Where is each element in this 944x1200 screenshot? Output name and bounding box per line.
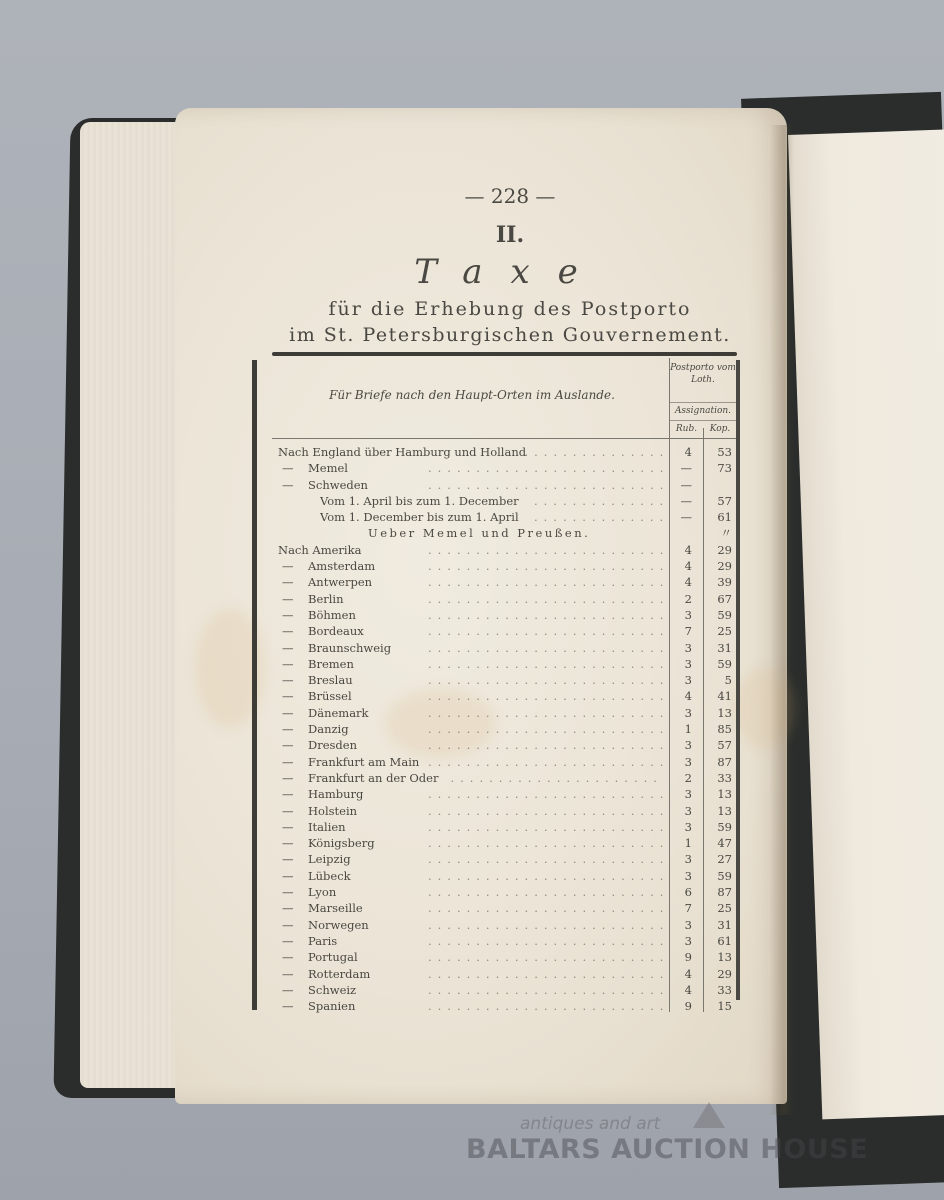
table-row: —Spanien915.............................… xyxy=(278,998,738,1014)
table-row: —Dänemark313............................… xyxy=(278,705,738,721)
row-destination: Breslau xyxy=(308,672,353,688)
dot-leader: ........................................ xyxy=(428,737,663,753)
dot-leader: ........................................ xyxy=(428,591,663,607)
row-rub-value: — xyxy=(670,493,692,509)
dot-leader: ........................................ xyxy=(428,917,663,933)
row-rub-value: 3 xyxy=(670,656,692,672)
row-rub-value: 3 xyxy=(670,754,692,770)
row-kop-value: 29 xyxy=(704,542,732,558)
row-prefix: — xyxy=(282,607,294,623)
row-kop-value: 31 xyxy=(704,917,732,933)
column-header-destination: Für Briefe nach den Haupt-Orten im Ausla… xyxy=(282,388,662,402)
table-row: —Schweden—..............................… xyxy=(278,477,738,493)
table-row: —Bordeaux725............................… xyxy=(278,623,738,639)
dot-leader: ........................................ xyxy=(428,623,663,639)
row-prefix: — xyxy=(282,688,294,704)
dot-leader: ........................................ xyxy=(428,933,663,949)
row-destination: Frankfurt am Main xyxy=(308,754,419,770)
row-prefix: — xyxy=(282,672,294,688)
dot-leader: ........................................ xyxy=(428,477,663,493)
column-header-rub: Rub. xyxy=(670,424,703,434)
row-rub-value: 4 xyxy=(670,982,692,998)
row-prefix: — xyxy=(282,786,294,802)
section-number: II. xyxy=(0,222,944,248)
row-kop-value: 27 xyxy=(704,851,732,867)
dot-leader: ........................................ xyxy=(525,444,664,460)
table-row: —Schweiz433.............................… xyxy=(278,982,738,998)
watermark-tagline: antiques and art xyxy=(520,1114,660,1134)
row-destination: Brüssel xyxy=(308,688,352,704)
header-subdivider xyxy=(670,420,736,421)
row-rub-value: 3 xyxy=(670,851,692,867)
row-prefix: — xyxy=(282,623,294,639)
row-destination: Vom 1. December bis zum 1. April xyxy=(320,509,519,525)
column-header-postporto: Postporto vom Loth. xyxy=(670,362,736,386)
row-kop-value: 59 xyxy=(704,607,732,623)
row-kop-value: 61 xyxy=(704,509,732,525)
row-kop-value: 25 xyxy=(704,900,732,916)
row-rub-value: 3 xyxy=(670,819,692,835)
row-prefix: — xyxy=(282,851,294,867)
row-kop-value: 67 xyxy=(704,591,732,607)
table-row: —Holstein313............................… xyxy=(278,803,738,819)
row-destination: Nach Amerika xyxy=(278,542,361,558)
header-divider xyxy=(272,438,736,439)
row-destination: Dresden xyxy=(308,737,357,753)
row-kop-value: 73 xyxy=(704,460,732,476)
watermark-brand: BALTARS AUCTION HOUSE xyxy=(466,1134,868,1165)
dot-leader: ........................................ xyxy=(428,640,663,656)
row-destination: Amsterdam xyxy=(308,558,375,574)
row-rub-value: 3 xyxy=(670,640,692,656)
table-row: —Memel—73...............................… xyxy=(278,460,738,476)
table-row: —Leipzig327.............................… xyxy=(278,851,738,867)
table-body: Nach England über Hamburg und Holland453… xyxy=(278,444,738,1014)
row-rub-value: 3 xyxy=(670,917,692,933)
row-prefix: — xyxy=(282,819,294,835)
row-destination: Bremen xyxy=(308,656,354,672)
table-row: —Antwerpen439...........................… xyxy=(278,574,738,590)
table-row: —Breslau35..............................… xyxy=(278,672,738,688)
table-row: —Frankfurt am Main387...................… xyxy=(278,754,738,770)
row-rub-value: — xyxy=(670,460,692,476)
row-kop-value: 39 xyxy=(704,574,732,590)
table-row: —Brüssel441.............................… xyxy=(278,688,738,704)
page-number: — 228 — xyxy=(0,184,944,208)
row-prefix: — xyxy=(282,998,294,1014)
row-prefix: — xyxy=(282,640,294,656)
row-rub-value: 4 xyxy=(670,574,692,590)
row-destination: Rotterdam xyxy=(308,966,370,982)
row-kop-value: 41 xyxy=(704,688,732,704)
row-rub-value: 3 xyxy=(670,803,692,819)
dot-leader: ........................................ xyxy=(428,868,663,884)
row-kop-value: 5 xyxy=(704,672,732,688)
row-rub-value: 2 xyxy=(670,591,692,607)
row-kop-value: 59 xyxy=(704,819,732,835)
row-rub-value: 3 xyxy=(670,737,692,753)
table-row: —Marseille725...........................… xyxy=(278,900,738,916)
dot-leader: ........................................ xyxy=(428,754,663,770)
dot-leader: ........................................ xyxy=(428,998,663,1014)
table-top-rule xyxy=(272,352,737,356)
dot-leader: ........................................ xyxy=(428,574,663,590)
row-destination: Vom 1. April bis zum 1. December xyxy=(320,493,519,509)
row-rub-value: 1 xyxy=(670,721,692,737)
table-row: Ueber Memel und Preußen.〃 xyxy=(278,525,738,541)
table-left-rule xyxy=(252,360,257,1010)
row-rub-value: 4 xyxy=(670,558,692,574)
row-kop-value: 87 xyxy=(704,884,732,900)
row-prefix: — xyxy=(282,574,294,590)
table-row: —Dresden357.............................… xyxy=(278,737,738,753)
dot-leader: ........................................ xyxy=(428,786,663,802)
page-title: Taxe xyxy=(0,252,944,292)
row-kop-value: 61 xyxy=(704,933,732,949)
row-kop-value: 13 xyxy=(704,786,732,802)
row-kop-value: 29 xyxy=(704,558,732,574)
table-row: —Italien359.............................… xyxy=(278,819,738,835)
row-destination: Memel xyxy=(308,460,348,476)
row-rub-value: 3 xyxy=(670,607,692,623)
row-prefix: — xyxy=(282,754,294,770)
row-kop-value: 33 xyxy=(704,982,732,998)
row-rub-value: 3 xyxy=(670,672,692,688)
row-prefix: — xyxy=(282,966,294,982)
dot-leader: ........................................ xyxy=(428,900,663,916)
row-rub-value: — xyxy=(670,477,692,493)
dot-leader: ........................................ xyxy=(428,851,663,867)
row-kop-value: 29 xyxy=(704,966,732,982)
row-destination: Leipzig xyxy=(308,851,351,867)
row-destination: Ueber Memel und Preußen. xyxy=(368,525,590,541)
dot-leader: ........................................ xyxy=(428,688,663,704)
row-rub-value: 9 xyxy=(670,949,692,965)
row-destination: Dänemark xyxy=(308,705,369,721)
row-prefix: — xyxy=(282,900,294,916)
row-rub-value: 1 xyxy=(670,835,692,851)
row-rub-value: 3 xyxy=(670,705,692,721)
dot-leader: ........................................ xyxy=(428,607,663,623)
row-destination: Antwerpen xyxy=(308,574,372,590)
dot-leader: ........................................ xyxy=(428,656,663,672)
dot-leader: ........................................ xyxy=(428,949,663,965)
row-destination: Lyon xyxy=(308,884,336,900)
row-prefix: — xyxy=(282,982,294,998)
row-destination: Holstein xyxy=(308,803,357,819)
row-prefix: — xyxy=(282,460,294,476)
row-prefix: — xyxy=(282,770,294,786)
dot-leader: ........................................ xyxy=(428,705,663,721)
row-rub-value: — xyxy=(670,509,692,525)
dot-leader: ........................................ xyxy=(428,672,663,688)
row-kop-value: 13 xyxy=(704,705,732,721)
row-kop-value: 15 xyxy=(704,998,732,1014)
row-destination: Nach England über Hamburg und Holland xyxy=(278,444,526,460)
row-kop-value: 47 xyxy=(704,835,732,851)
row-rub-value: 4 xyxy=(670,542,692,558)
row-rub-value: 3 xyxy=(670,868,692,884)
dot-leader: ........................................ xyxy=(428,966,663,982)
row-prefix: — xyxy=(282,868,294,884)
row-destination: Königsberg xyxy=(308,835,375,851)
crown-logo-icon xyxy=(693,1102,725,1128)
row-destination: Frankfurt an der Oder xyxy=(308,770,438,786)
table-row: —Norwegen331............................… xyxy=(278,917,738,933)
row-destination: Portugal xyxy=(308,949,358,965)
row-destination: Norwegen xyxy=(308,917,369,933)
column-header-assignation: Assignation. xyxy=(670,406,736,416)
row-kop-value: 59 xyxy=(704,868,732,884)
dot-leader: ........................................ xyxy=(428,460,663,476)
table-row: —Böhmen359..............................… xyxy=(278,607,738,623)
row-kop-value: 57 xyxy=(704,737,732,753)
dot-leader: ........................................ xyxy=(428,835,663,851)
row-kop-value: 13 xyxy=(704,803,732,819)
row-prefix: — xyxy=(282,933,294,949)
row-rub-value: 7 xyxy=(670,900,692,916)
table-row: —Frankfurt an der Oder233...............… xyxy=(278,770,738,786)
dot-leader: ........................................ xyxy=(451,770,664,786)
row-rub-value: 9 xyxy=(670,998,692,1014)
row-destination: Berlin xyxy=(308,591,344,607)
row-rub-value: 4 xyxy=(670,688,692,704)
row-prefix: — xyxy=(282,477,294,493)
row-kop-value: 85 xyxy=(704,721,732,737)
row-kop-value: 25 xyxy=(704,623,732,639)
table-row: Vom 1. April bis zum 1. December—57.....… xyxy=(278,493,738,509)
table-row: —Danzig185..............................… xyxy=(278,721,738,737)
row-destination: Danzig xyxy=(308,721,349,737)
printed-content: — 228 — II. Taxe für die Erhebung des Po… xyxy=(0,0,944,1200)
row-prefix: — xyxy=(282,884,294,900)
row-kop-value: 〃 xyxy=(704,525,732,541)
table-row: —Portugal913............................… xyxy=(278,949,738,965)
table-row: —Braunschweig331........................… xyxy=(278,640,738,656)
dot-leader: ........................................ xyxy=(534,509,663,525)
row-kop-value: 87 xyxy=(704,754,732,770)
row-rub-value: 2 xyxy=(670,770,692,786)
row-destination: Italien xyxy=(308,819,346,835)
row-prefix: — xyxy=(282,705,294,721)
table-row: —Berlin267..............................… xyxy=(278,591,738,607)
row-rub-value: 3 xyxy=(670,786,692,802)
dot-leader: ........................................ xyxy=(428,558,663,574)
row-kop-value: 53 xyxy=(704,444,732,460)
row-kop-value: 33 xyxy=(704,770,732,786)
header-subdivider xyxy=(670,402,736,403)
table-row: —Rotterdam429...........................… xyxy=(278,966,738,982)
dot-leader: ........................................ xyxy=(428,803,663,819)
dot-leader: ........................................ xyxy=(428,982,663,998)
row-destination: Hamburg xyxy=(308,786,363,802)
row-rub-value: 7 xyxy=(670,623,692,639)
row-destination: Schweden xyxy=(308,477,368,493)
row-kop-value: 31 xyxy=(704,640,732,656)
row-destination: Marseille xyxy=(308,900,363,916)
table-row: —Lyon687................................… xyxy=(278,884,738,900)
row-prefix: — xyxy=(282,835,294,851)
table-row: —Amsterdam429...........................… xyxy=(278,558,738,574)
row-rub-value: 3 xyxy=(670,933,692,949)
row-destination: Lübeck xyxy=(308,868,351,884)
row-kop-value: 59 xyxy=(704,656,732,672)
column-header-kop: Kop. xyxy=(704,424,736,434)
row-prefix: — xyxy=(282,737,294,753)
row-kop-value: 13 xyxy=(704,949,732,965)
postage-rate-table: Für Briefe nach den Haupt-Orten im Ausla… xyxy=(252,352,742,1012)
dot-leader: ........................................ xyxy=(428,542,663,558)
row-prefix: — xyxy=(282,656,294,672)
table-row: Nach England über Hamburg und Holland453… xyxy=(278,444,738,460)
row-prefix: — xyxy=(282,803,294,819)
row-prefix: — xyxy=(282,558,294,574)
table-row: Nach Amerika429.........................… xyxy=(278,542,738,558)
row-rub-value: 4 xyxy=(670,966,692,982)
table-row: —Bremen359..............................… xyxy=(278,656,738,672)
table-row: —Paris361...............................… xyxy=(278,933,738,949)
row-prefix: — xyxy=(282,591,294,607)
row-prefix: — xyxy=(282,917,294,933)
row-destination: Böhmen xyxy=(308,607,356,623)
table-row: —Königsberg147..........................… xyxy=(278,835,738,851)
row-rub-value: 6 xyxy=(670,884,692,900)
row-destination: Paris xyxy=(308,933,337,949)
row-rub-value: 4 xyxy=(670,444,692,460)
row-prefix: — xyxy=(282,721,294,737)
table-row: —Lübeck359..............................… xyxy=(278,868,738,884)
row-destination: Bordeaux xyxy=(308,623,364,639)
table-row: —Hamburg313.............................… xyxy=(278,786,738,802)
row-prefix: — xyxy=(282,949,294,965)
row-destination: Schweiz xyxy=(308,982,356,998)
row-destination: Spanien xyxy=(308,998,355,1014)
dot-leader: ........................................ xyxy=(428,884,663,900)
dot-leader: ........................................ xyxy=(428,721,663,737)
dot-leader: ........................................ xyxy=(428,819,663,835)
dot-leader: ........................................ xyxy=(534,493,663,509)
row-kop-value: 57 xyxy=(704,493,732,509)
subtitle-line-2: im St. Petersburgischen Gouvernement. xyxy=(0,324,944,346)
row-destination: Braunschweig xyxy=(308,640,391,656)
table-row: Vom 1. December bis zum 1. April—61.....… xyxy=(278,509,738,525)
subtitle-line-1: für die Erhebung des Postporto xyxy=(0,298,944,320)
